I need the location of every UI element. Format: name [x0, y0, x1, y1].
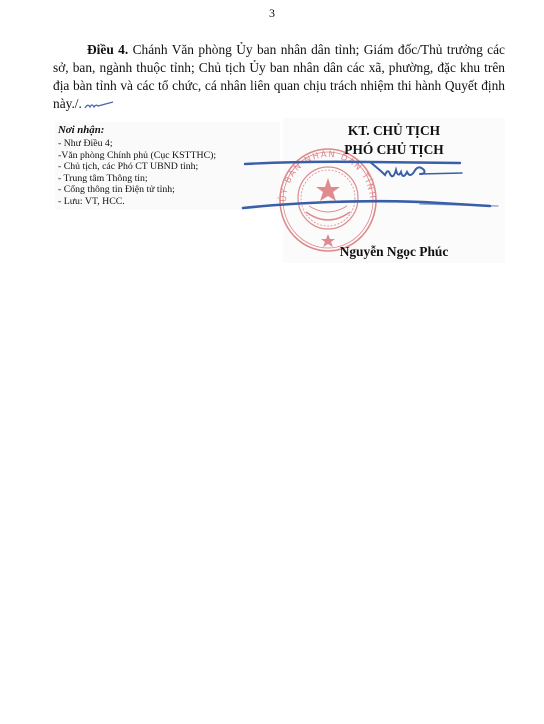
recipient-item: -Văn phòng Chính phủ (Cục KSTTHC); [58, 150, 216, 162]
page-number: 3 [0, 6, 544, 21]
recipients-list: - Như Điều 4; -Văn phòng Chính phủ (Cục … [58, 138, 216, 207]
article-4-paragraph: Điều 4. Chánh Văn phòng Ủy ban nhân dân … [53, 41, 505, 113]
handwritten-signature-icon [240, 150, 510, 220]
recipient-item: - Như Điều 4; [58, 138, 216, 150]
recipients-title: Nơi nhận: [58, 124, 104, 136]
recipient-item: - Lưu: VT, HCC. [58, 196, 216, 208]
recipient-item: - Cổng thông tin Điện tử tỉnh; [58, 184, 216, 196]
signer-name: Nguyễn Ngọc Phúc [283, 244, 505, 260]
signature-title-line1: KT. CHỦ TỊCH [283, 123, 505, 139]
initials-mark-icon [84, 100, 114, 110]
article-heading: Điều 4. [87, 42, 128, 57]
recipient-item: - Chủ tịch, các Phó CT UBND tỉnh; [58, 161, 216, 173]
recipient-item: - Trung tâm Thông tin; [58, 173, 216, 185]
